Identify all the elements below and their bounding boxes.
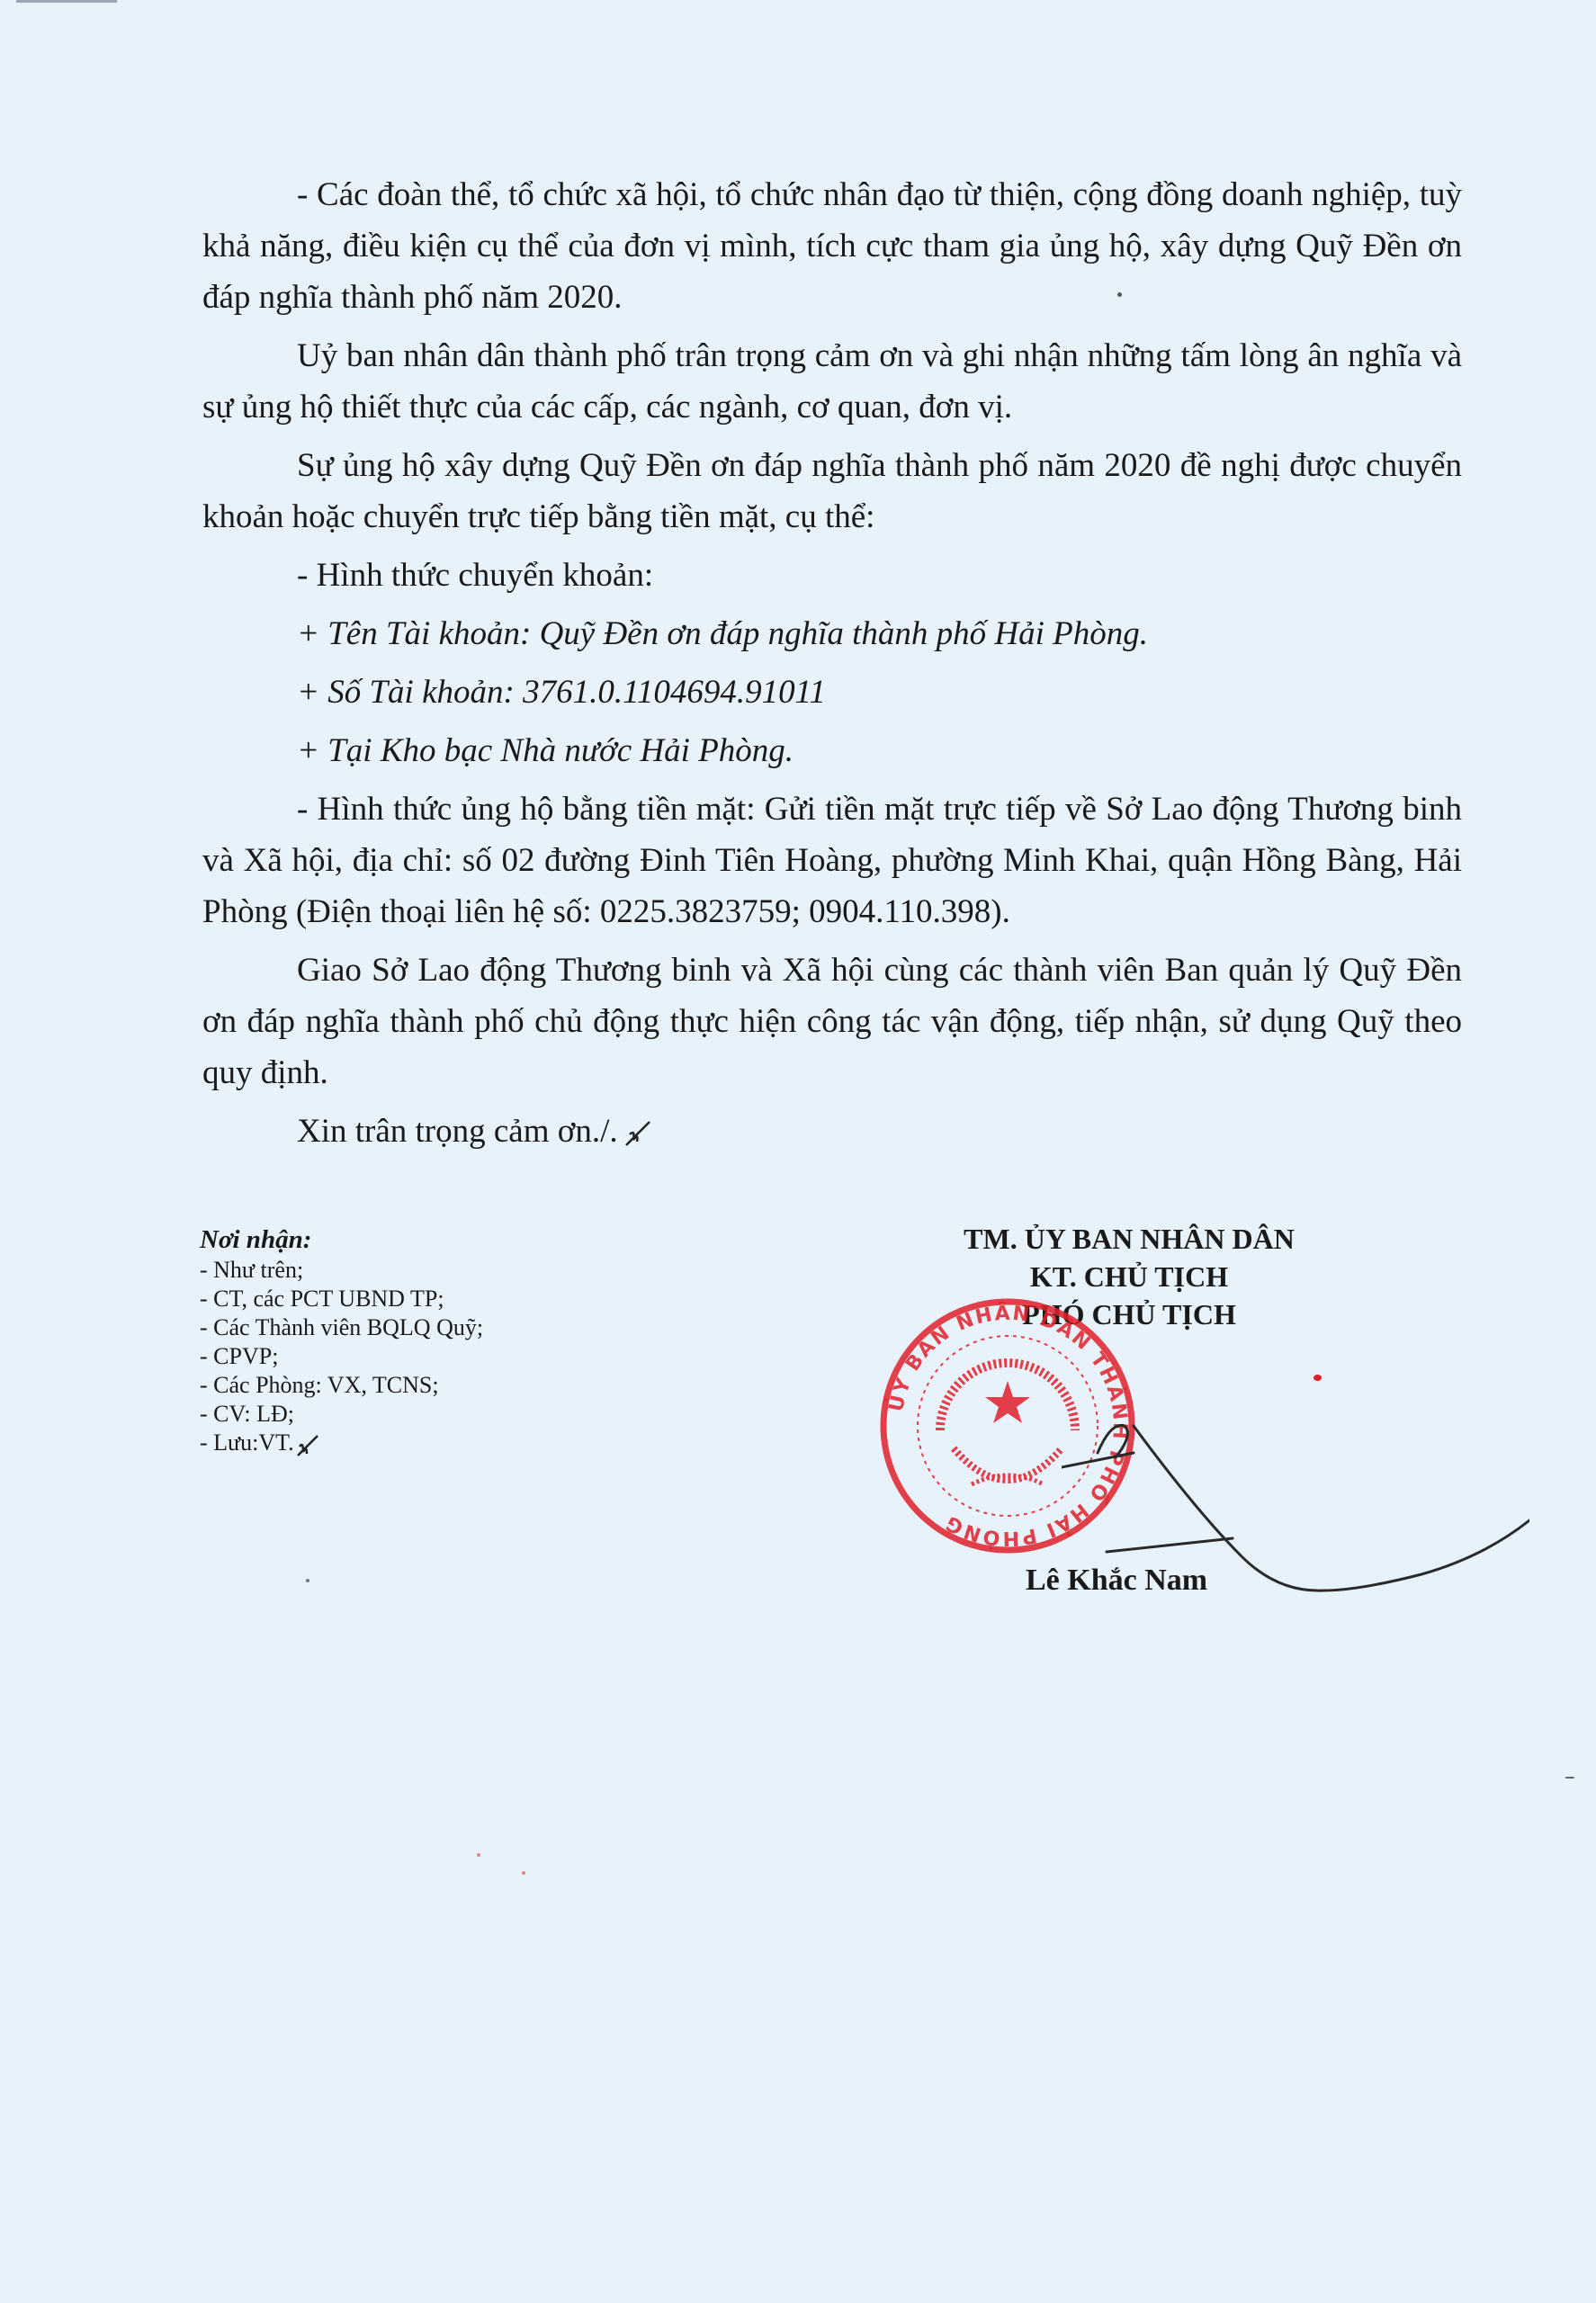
initial-mark-icon <box>294 1432 321 1459</box>
scan-dot <box>1117 292 1122 297</box>
scan-dot <box>306 1579 309 1582</box>
scan-dot <box>522 1871 525 1875</box>
closing-text: Xin trân trọng cảm ơn./. <box>297 1113 618 1150</box>
scan-dot <box>1565 1777 1574 1779</box>
recipient-item: - CV: LĐ; <box>200 1400 483 1429</box>
account-name: + Tên Tài khoản: Quỹ Đền ơn đáp nghĩa th… <box>202 608 1462 659</box>
scan-edge-mark <box>16 0 117 3</box>
paragraph-cash-method: - Hình thức ủng hộ bằng tiền mặt: Gửi ti… <box>202 784 1462 937</box>
recipient-item: - CPVP; <box>200 1342 483 1371</box>
signer-name: Lê Khắc Nam <box>1026 1564 1207 1598</box>
paragraph-social-orgs: - Các đoàn thể, tổ chức xã hội, tổ chức … <box>202 169 1462 323</box>
recipient-item: - Các Phòng: VX, TCNS; <box>200 1371 483 1400</box>
account-number: + Số Tài khoản: 3761.0.1104694.91011 <box>202 667 1462 718</box>
scan-dot <box>477 1853 480 1857</box>
bank-transfer-heading: - Hình thức chuyển khoản: <box>202 550 1462 601</box>
recipient-item: - Các Thành viên BQLQ Quỹ; <box>200 1313 483 1342</box>
recipient-item: - Như trên; <box>200 1256 483 1285</box>
recipients-block: Nơi nhận: - Như trên; - CT, các PCT UBND… <box>200 1225 483 1459</box>
recipient-item: - Lưu:VT. <box>200 1429 483 1459</box>
scan-dot <box>1314 1375 1322 1381</box>
signer-org: TM. ỦY BAN NHÂN DÂN <box>900 1220 1358 1258</box>
recipient-item: - CT, các PCT UBND TP; <box>200 1285 483 1313</box>
paragraph-transfer-intro: Sự ủng hộ xây dựng Quỹ Đền ơn đáp nghĩa … <box>202 440 1462 542</box>
bank-name: + Tại Kho bạc Nhà nước Hải Phòng. <box>202 725 1462 776</box>
closing-line: Xin trân trọng cảm ơn./. <box>202 1106 1462 1157</box>
initial-mark-icon <box>623 1118 653 1149</box>
document-body: - Các đoàn thể, tổ chức xã hội, tổ chức … <box>202 169 1462 1164</box>
signer-role-1: KT. CHỦ TỊCH <box>900 1258 1358 1295</box>
recipients-title: Nơi nhận: <box>200 1225 483 1254</box>
recipient-item-text: - Lưu:VT. <box>200 1429 294 1456</box>
paragraph-assignment: Giao Sở Lao động Thương binh và Xã hội c… <box>202 945 1462 1098</box>
paragraph-thanks: Uỷ ban nhân dân thành phố trân trọng cảm… <box>202 330 1462 433</box>
